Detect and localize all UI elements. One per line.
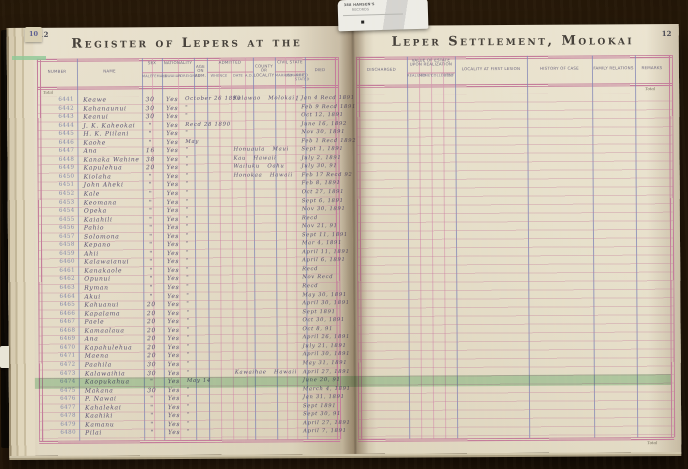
row-hawaiian: Yes (161, 105, 183, 112)
row-admitted-date: " (187, 343, 243, 349)
row-admitted-date: " (186, 284, 242, 290)
row-hawaiian: Yes (161, 113, 183, 120)
row-age: " (142, 267, 160, 274)
row-hawaiian: Yes (162, 216, 184, 223)
row-hawaiian: Yes (163, 361, 185, 368)
row-hawaiian: Yes (163, 352, 185, 359)
col-header-rent: Rent (443, 74, 455, 78)
row-died-date: Jan 31, 1891 (303, 394, 347, 400)
sticky-tab-text-line2: RECORDS (352, 7, 369, 11)
row-hawaiian: Yes (162, 318, 184, 325)
row-hawaiian: Yes (163, 421, 185, 428)
register-row: 6480 Pilai " Yes " April 7, 1891 (39, 428, 341, 438)
row-whence: Kau Hawaii (233, 155, 295, 161)
row-died-date: Sept 6, 1891 (302, 198, 346, 204)
row-number: 6445 (49, 131, 83, 137)
row-died-date: Feb 1 Recd 1892 (301, 138, 345, 144)
row-age: " (142, 241, 160, 248)
row-number: 6447 (49, 148, 83, 154)
row-number: 6460 (50, 259, 84, 265)
row-whence: Wailuku Oahu (234, 164, 296, 170)
row-hawaiian: Yes (161, 139, 183, 146)
row-hawaiian: Yes (163, 395, 185, 402)
row-died-date: April 27, 1891 (303, 420, 347, 426)
col-header-married: Married (275, 74, 285, 78)
col-header-realized: Realized (407, 75, 419, 79)
sticky-tab: 388 HANSEN'S RECORDS (338, 0, 429, 31)
row-hawaiian: Yes (162, 164, 184, 171)
row-hawaiian: Yes (162, 258, 184, 265)
row-age: " (142, 207, 160, 214)
row-died-date: Recd (302, 215, 346, 221)
row-admitted-date: " (186, 207, 242, 213)
row-admitted-date: " (186, 318, 242, 324)
row-admitted-date: " (187, 412, 243, 418)
left-page-title: Register of Lepers at the (37, 35, 337, 52)
row-died-date: Recd (302, 283, 346, 289)
row-number: 6464 (50, 293, 84, 299)
row-age: 30 (141, 113, 159, 120)
row-hawaiian: Yes (162, 224, 184, 231)
row-hawaiian: Yes (162, 250, 184, 257)
total-label-right-top: Total (645, 86, 655, 91)
row-died-date: Recd (302, 266, 346, 272)
row-age: 20 (143, 335, 161, 342)
col-header-foreigner: Foreigner (178, 75, 194, 79)
row-hawaiian: Yes (161, 156, 183, 163)
row-died-date: Jan 4 Recd 1891 (301, 95, 345, 101)
col-header-county: County or Locality (253, 64, 275, 77)
row-died-date: Sept 1, 1891 (301, 146, 345, 152)
row-age: " (141, 139, 159, 146)
row-age: " (143, 429, 161, 436)
col-header-female: Female (152, 75, 162, 79)
row-died-date: April 26, 1891 (303, 334, 347, 340)
row-number: 6458 (50, 242, 84, 248)
row-died-date: Sept 30, 91 (303, 411, 347, 417)
row-died-date: May 30, 1891 (302, 292, 346, 298)
row-number: 6459 (50, 250, 84, 256)
row-admitted-date: " (186, 309, 242, 315)
row-hawaiian: Yes (162, 207, 184, 214)
row-died-date: Oct 27, 1891 (302, 189, 346, 195)
row-died-date: April 27, 1891 (303, 368, 347, 374)
row-age: 30 (141, 96, 159, 103)
row-admitted-date: " (186, 258, 242, 264)
row-age: " (143, 404, 161, 411)
row-hawaiian: Yes (161, 122, 183, 129)
row-number: 6477 (51, 404, 85, 410)
page-edge-stack (7, 28, 36, 456)
row-age: 30 (143, 361, 161, 368)
row-admitted-date: " (186, 215, 242, 221)
row-hawaiian: Yes (162, 284, 184, 291)
row-age: " (142, 233, 160, 240)
row-died-date: April 30, 1891 (303, 351, 347, 357)
col-header-male: Male (142, 75, 152, 79)
row-whence: Honuaula Maui (233, 147, 295, 153)
row-admitted-date: " (187, 395, 243, 401)
row-hawaiian: Yes (162, 190, 184, 197)
row-died-date: April 30, 1891 (302, 300, 346, 306)
row-died-date: Nov 30, 1891 (301, 129, 345, 135)
row-age: " (142, 190, 160, 197)
row-admitted-date: " (187, 429, 243, 435)
row-admitted-date: " (186, 301, 242, 307)
row-number: 6450 (50, 174, 84, 180)
sticky-tab-rule (343, 13, 403, 16)
row-died-date: Sept 11, 1891 (302, 232, 346, 238)
row-number: 6443 (49, 114, 83, 120)
row-died-date: Feb 9 Recd 1891 (301, 104, 345, 110)
row-hawaiian: Yes (163, 344, 185, 351)
col-header-admitted: Admitted (207, 61, 253, 66)
row-died-date: Oct 8, 91 (303, 326, 347, 332)
total-label-right-bottom: Total (647, 440, 657, 445)
row-died-date: Sept 1891 (303, 403, 347, 409)
row-admitted-date: " (186, 190, 242, 196)
row-number: 6444 (49, 122, 83, 128)
row-number: 6471 (51, 353, 85, 359)
col-header-died: Died (305, 68, 335, 73)
row-died-date: July 2, 1891 (301, 155, 345, 161)
row-hawaiian: Yes (163, 327, 185, 334)
row-age: 20 (142, 301, 160, 308)
row-whence: Honokaa Hawaii (234, 172, 296, 178)
row-number: 6457 (50, 233, 84, 239)
row-number: 6463 (50, 285, 84, 291)
row-hawaiian: Yes (162, 293, 184, 300)
row-number: 6456 (50, 225, 84, 231)
row-admitted-date: " (187, 420, 243, 426)
row-number: 6462 (50, 276, 84, 282)
row-admitted-date: " (187, 361, 243, 367)
row-died-date: Oct 30, 1891 (302, 317, 346, 323)
col-header-sex: Sex (142, 61, 162, 66)
row-number: 6465 (50, 302, 84, 308)
col-header-ad: A.D. (245, 75, 253, 79)
row-admitted-date: " (186, 181, 242, 187)
row-age: " (142, 199, 160, 206)
row-age: " (142, 224, 160, 231)
row-hawaiian: Yes (163, 369, 185, 376)
row-admitted-date: " (186, 241, 242, 247)
col-header-family: Family Relations (592, 66, 635, 71)
row-age: " (142, 293, 160, 300)
sticky-tab-dot (361, 21, 364, 24)
row-died-date: April 6, 1891 (302, 257, 346, 263)
col-header-hawaiian: Hawaiian (162, 75, 178, 79)
row-number: 6480 (51, 430, 85, 436)
row-hawaiian: Yes (162, 233, 184, 240)
row-died-date: July 21, 1891 (303, 343, 347, 349)
col-header-nationality: Nationality (162, 61, 194, 66)
row-hawaiian: Yes (162, 173, 184, 180)
row-admitted-date: " (186, 292, 242, 298)
col-header-whence: Whence (207, 75, 231, 79)
row-age: " (142, 250, 160, 257)
sticky-tab-text-line1: 388 HANSEN'S (344, 2, 375, 7)
row-admitted-date: " (186, 198, 242, 204)
row-number: 6451 (50, 182, 84, 188)
row-hawaiian: Yes (162, 301, 184, 308)
row-age: " (142, 284, 160, 291)
row-age: 30 (143, 370, 161, 377)
row-number: 6479 (51, 421, 85, 427)
row-number: 6469 (51, 336, 85, 342)
page-tab-10: 10 (25, 27, 42, 42)
row-age: 20 (142, 165, 160, 172)
col-header-age: Age on Adm. (194, 65, 207, 78)
col-header-not-stated: Not Stated (295, 74, 305, 82)
row-number: 6472 (51, 362, 85, 368)
row-number: 6446 (49, 139, 83, 145)
row-died-date: May 31, 1891 (303, 360, 347, 366)
row-number: 6470 (51, 344, 85, 350)
row-age: " (142, 173, 160, 180)
row-number: 6468 (51, 327, 85, 333)
row-number: 6476 (51, 396, 85, 402)
row-number: 6455 (50, 216, 84, 222)
row-died-date: Mar 4, 1891 (302, 240, 346, 246)
row-age: " (142, 276, 160, 283)
col-header-collected: Collected (431, 74, 443, 78)
row-admitted-date: " (186, 249, 242, 255)
row-hawaiian: Yes (162, 310, 184, 317)
row-died-date: April 11, 1891 (302, 249, 346, 255)
row-number: 6461 (50, 268, 84, 274)
col-header-history: History of Case (527, 66, 592, 71)
row-died-date: Oct 12, 1891 (301, 112, 345, 118)
row-hawaiian: Yes (162, 267, 184, 274)
row-hawaiian: Yes (163, 429, 185, 436)
row-age: 20 (142, 310, 160, 317)
row-died-date: Nov 30, 1891 (302, 206, 346, 212)
row-hawaiian: Yes (163, 404, 185, 411)
row-admitted-date: " (187, 403, 243, 409)
row-admitted-date: Recd 28 1890 (185, 121, 241, 127)
total-label-left-top: Total (43, 90, 53, 95)
row-number: 6448 (49, 156, 83, 162)
row-admitted-date: " (185, 104, 241, 110)
row-admitted-date: " (187, 335, 243, 341)
row-age: 20 (143, 327, 161, 334)
row-age: 16 (141, 147, 159, 154)
row-admitted-date: " (186, 232, 242, 238)
row-hawaiian: Yes (161, 147, 183, 154)
row-number: 6452 (50, 191, 84, 197)
green-edge-stripe (12, 56, 46, 60)
row-age: " (141, 122, 159, 129)
row-number: 6467 (50, 319, 84, 325)
row-number: 6453 (50, 199, 84, 205)
row-admitted-date: " (186, 224, 242, 230)
row-hawaiian: Yes (161, 130, 183, 137)
row-age: " (141, 130, 159, 137)
row-admitted-date: " (186, 275, 242, 281)
row-hawaiian: Yes (163, 412, 185, 419)
row-age: 20 (143, 353, 161, 360)
row-died-date: Feb 8, 1891 (302, 180, 346, 186)
row-admitted-date: " (187, 326, 243, 332)
row-age: 30 (141, 105, 159, 112)
row-hawaiian: Yes (162, 241, 184, 248)
row-died-date: Nov Recd (302, 274, 346, 280)
ledger-photo-scene: 12 12 Register of Lepers at the Leper Se… (0, 0, 688, 469)
col-header-number: Number (37, 70, 77, 75)
row-hawaiian: Yes (162, 181, 184, 188)
row-age: 20 (142, 318, 160, 325)
row-died-date: Feb 17 Recd 92 (302, 172, 346, 178)
row-hawaiian: Yes (163, 335, 185, 342)
row-age: " (142, 259, 160, 266)
row-number: 6478 (51, 413, 85, 419)
col-header-name: Name (77, 69, 142, 74)
row-number: 6466 (50, 310, 84, 316)
row-age: " (143, 395, 161, 402)
row-admitted-date: " (185, 130, 241, 136)
row-whence: Kawaihae Hawaii (235, 369, 297, 375)
row-number: 6473 (51, 370, 85, 376)
col-header-money: Money (419, 74, 431, 78)
col-header-estate: Value of Estate upon Realization (407, 58, 455, 67)
col-header-locality: Locality at First Lesion (455, 67, 527, 72)
col-header-civil-state: Civil State (275, 60, 305, 65)
row-age: 20 (143, 344, 161, 351)
row-age: 38 (141, 156, 159, 163)
row-number: 6449 (50, 165, 84, 171)
row-age: " (143, 421, 161, 428)
row-whence: Kalawao Molokai (233, 95, 295, 101)
row-died-date: July 30, 91 (302, 163, 346, 169)
col-header-unmarried: Unmarried (285, 74, 295, 78)
row-died-date: April 7, 1891 (303, 428, 347, 434)
row-admitted-date: " (187, 352, 243, 358)
open-register-book: 12 12 Register of Lepers at the Leper Se… (7, 24, 682, 456)
right-page-title: Leper Settlement, Molokai (359, 33, 667, 50)
row-hawaiian: Yes (162, 199, 184, 206)
row-died-date: Sept 1891 (302, 309, 346, 315)
row-admitted-date: May (185, 138, 241, 144)
row-age: " (142, 182, 160, 189)
row-age: " (143, 412, 161, 419)
row-admitted-date: " (186, 267, 242, 273)
row-age: " (142, 216, 160, 223)
row-number: 6442 (49, 105, 83, 111)
row-died-date: Nov 21, 91 (302, 223, 346, 229)
row-admitted-date: " (185, 113, 241, 119)
col-header-date: Date (231, 75, 245, 79)
row-number: 6441 (49, 97, 83, 103)
row-died-date: June 16, 1892 (301, 121, 345, 127)
row-hawaiian: Yes (161, 96, 183, 103)
side-page-tab (0, 346, 9, 368)
row-number: 6454 (50, 208, 84, 214)
book-gutter-shadow (340, 26, 369, 454)
row-hawaiian: Yes (162, 275, 184, 282)
col-header-remarks: Remarks (635, 66, 669, 71)
